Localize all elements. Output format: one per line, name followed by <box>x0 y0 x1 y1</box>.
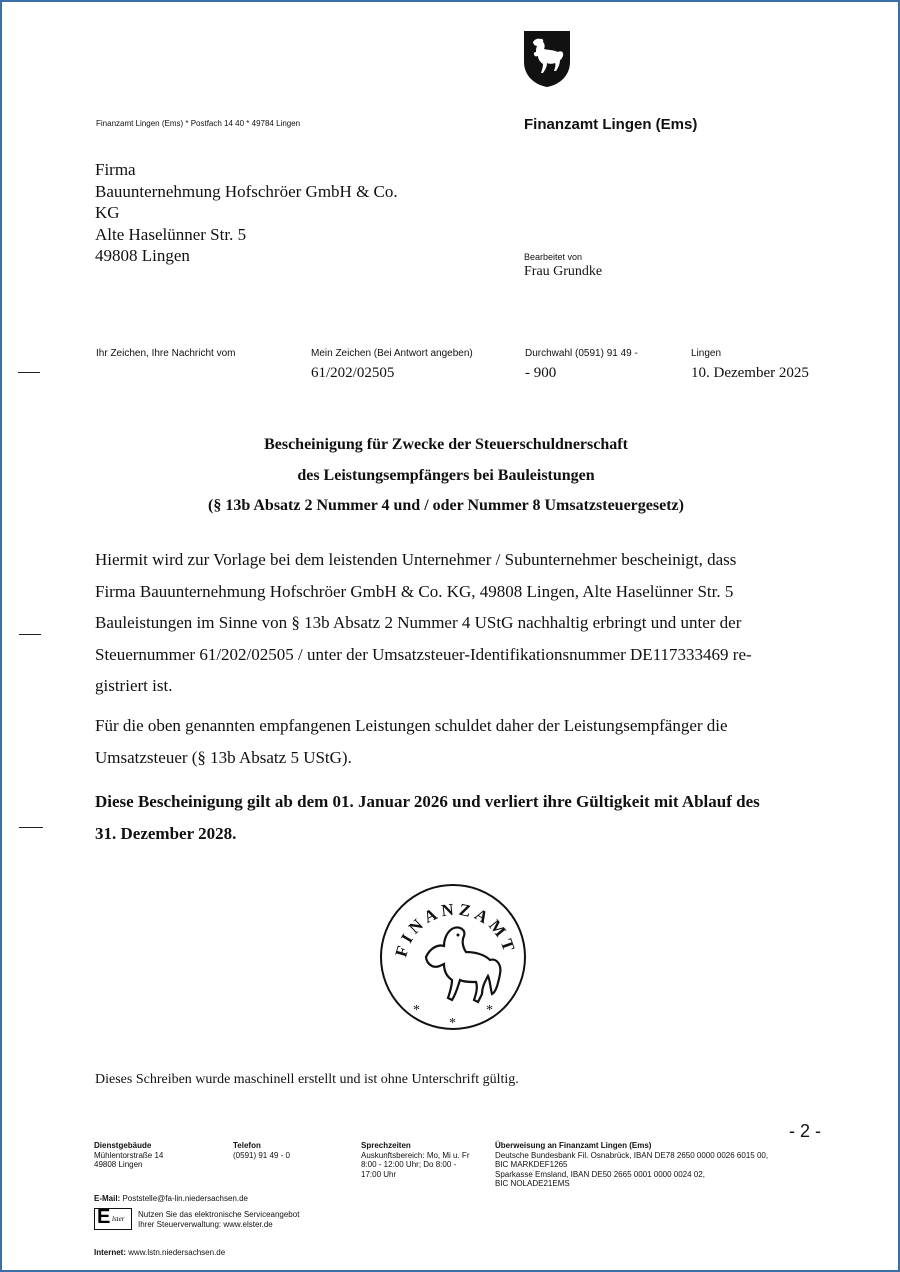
body-line: Firma Bauunternehmung Hofschröer GmbH & … <box>95 576 825 608</box>
title-line: des Leistungsempfängers bei Bauleistunge… <box>0 461 900 492</box>
email-link[interactable]: Poststelle@fa-lin.niedersachsen.de <box>122 1194 248 1203</box>
footer-heading: Dienstgebäude <box>94 1141 163 1151</box>
fold-mark <box>19 827 43 828</box>
document-page: Finanzamt Lingen (Ems) * Postfach 14 40 … <box>0 0 900 1272</box>
title-line: (§ 13b Absatz 2 Nummer 4 und / oder Numm… <box>0 491 900 522</box>
footer-email: E-Mail: Poststelle@fa-lin.niedersachsen.… <box>94 1194 248 1204</box>
svg-text:*: * <box>486 1003 493 1018</box>
ref-extension-label: Durchwahl (0591) 91 49 - <box>525 348 638 359</box>
footer-line: Mühlentorstraße 14 <box>94 1151 163 1161</box>
footer-line: (0591) 91 49 - 0 <box>233 1151 290 1161</box>
footer-heading: Telefon <box>233 1141 290 1151</box>
recipient-line: Alte Haselünner Str. 5 <box>95 224 398 246</box>
title-line: Bescheinigung für Zwecke der Steuerschul… <box>0 430 900 461</box>
body-line: Steuernummer 61/202/02505 / unter der Um… <box>95 639 825 671</box>
body-line: Umsatzsteuer (§ 13b Absatz 5 UStG). <box>95 742 825 774</box>
body-paragraph-tax-liability: Für die oben genannten empfangenen Leist… <box>95 710 825 773</box>
recipient-address: Firma Bauunternehmung Hofschröer GmbH & … <box>95 159 398 267</box>
punch-mark <box>19 634 41 635</box>
footer-office-hours: Sprechzeiten Auskunftsbereich: Mo, Mi u.… <box>361 1141 491 1179</box>
sender-return-address: Finanzamt Lingen (Ems) * Postfach 14 40 … <box>96 119 300 128</box>
ref-my-sign-value: 61/202/02505 <box>311 365 394 382</box>
body-paragraph-certification: Hiermit wird zur Vorlage bei dem leisten… <box>95 544 825 702</box>
body-line: Hiermit wird zur Vorlage bei dem leisten… <box>95 544 825 576</box>
body-paragraph-validity: Diese Bescheinigung gilt ab dem 01. Janu… <box>95 786 825 849</box>
footer-internet: Internet: www.lstn.niedersachsen.de <box>94 1248 225 1258</box>
footer-heading: Sprechzeiten <box>361 1141 491 1151</box>
footer-line: 17:00 Uhr <box>361 1170 491 1180</box>
recipient-line: Bauunternehmung Hofschröer GmbH & Co. <box>95 181 398 203</box>
ref-my-sign-label: Mein Zeichen (Bei Antwort angeben) <box>311 348 473 359</box>
footer-elster-note: Nutzen Sie das elektronische Serviceange… <box>138 1210 299 1229</box>
certificate-title: Bescheinigung für Zwecke der Steuerschul… <box>2 430 900 522</box>
elster-link[interactable]: Ihrer Steuerverwaltung: www.elster.de <box>138 1220 299 1230</box>
recipient-line: KG <box>95 202 398 224</box>
body-line: Bauleistungen im Sinne von § 13b Absatz … <box>95 607 825 639</box>
elster-logo-sub: lster <box>112 1215 124 1223</box>
elster-logo-icon: E lster <box>94 1208 132 1230</box>
footer-line: Auskunftsbereich: Mo, Mi u. Fr <box>361 1151 491 1161</box>
body-line: gistriert ist. <box>95 670 825 702</box>
footer-line: BIC MARKDEF1265 <box>495 1160 825 1170</box>
svg-text:*: * <box>413 1003 420 1018</box>
footer-line: 8:00 - 12:00 Uhr; Do 8:00 - <box>361 1160 491 1170</box>
handled-by-name: Frau Grundke <box>524 264 602 280</box>
footer-heading: Überweisung an Finanzamt Lingen (Ems) <box>495 1141 825 1151</box>
svg-text:*: * <box>449 1016 456 1031</box>
page-number: - 2 - <box>789 1121 821 1142</box>
office-title: Finanzamt Lingen (Ems) <box>524 116 697 133</box>
ref-date-value: 10. Dezember 2025 <box>691 365 809 382</box>
footer-line: 49808 Lingen <box>94 1160 163 1170</box>
machine-generated-note: Dieses Schreiben wurde maschinell erstel… <box>95 1072 519 1088</box>
footer-phone: Telefon (0591) 91 49 - 0 <box>233 1141 290 1160</box>
body-line: 31. Dezember 2028. <box>95 818 825 850</box>
footer-line: BIC NOLADE21EMS <box>495 1179 825 1189</box>
fold-mark <box>18 372 40 373</box>
footer-line: Sparkasse Emsland, IBAN DE50 2665 0001 0… <box>495 1170 825 1180</box>
ref-your-sign-label: Ihr Zeichen, Ihre Nachricht vom <box>96 348 236 359</box>
internet-label: Internet: <box>94 1248 126 1257</box>
ref-extension-value: - 900 <box>525 365 556 382</box>
body-line: Für die oben genannten empfangenen Leist… <box>95 710 825 742</box>
ref-place-label: Lingen <box>691 348 721 359</box>
finanzamt-horse-seal-icon: FINANZAMT * * * <box>378 882 528 1032</box>
recipient-line: Firma <box>95 159 398 181</box>
lower-saxony-horse-crest-icon <box>523 30 571 88</box>
handled-by-label: Bearbeitet von <box>524 252 582 262</box>
email-label: E-Mail: <box>94 1194 120 1203</box>
footer-line: Deutsche Bundesbank Fil. Osnabrück, IBAN… <box>495 1151 825 1161</box>
footer-building: Dienstgebäude Mühlentorstraße 14 49808 L… <box>94 1141 163 1170</box>
internet-link[interactable]: www.lstn.niedersachsen.de <box>128 1248 225 1257</box>
recipient-line: 49808 Lingen <box>95 245 398 267</box>
footer-line: Nutzen Sie das elektronische Serviceange… <box>138 1210 299 1220</box>
elster-logo-letter: E <box>97 1206 110 1229</box>
body-line: Diese Bescheinigung gilt ab dem 01. Janu… <box>95 786 825 818</box>
footer-bank-details: Überweisung an Finanzamt Lingen (Ems) De… <box>495 1141 825 1189</box>
svg-text:FINANZAMT: FINANZAMT <box>391 900 519 959</box>
